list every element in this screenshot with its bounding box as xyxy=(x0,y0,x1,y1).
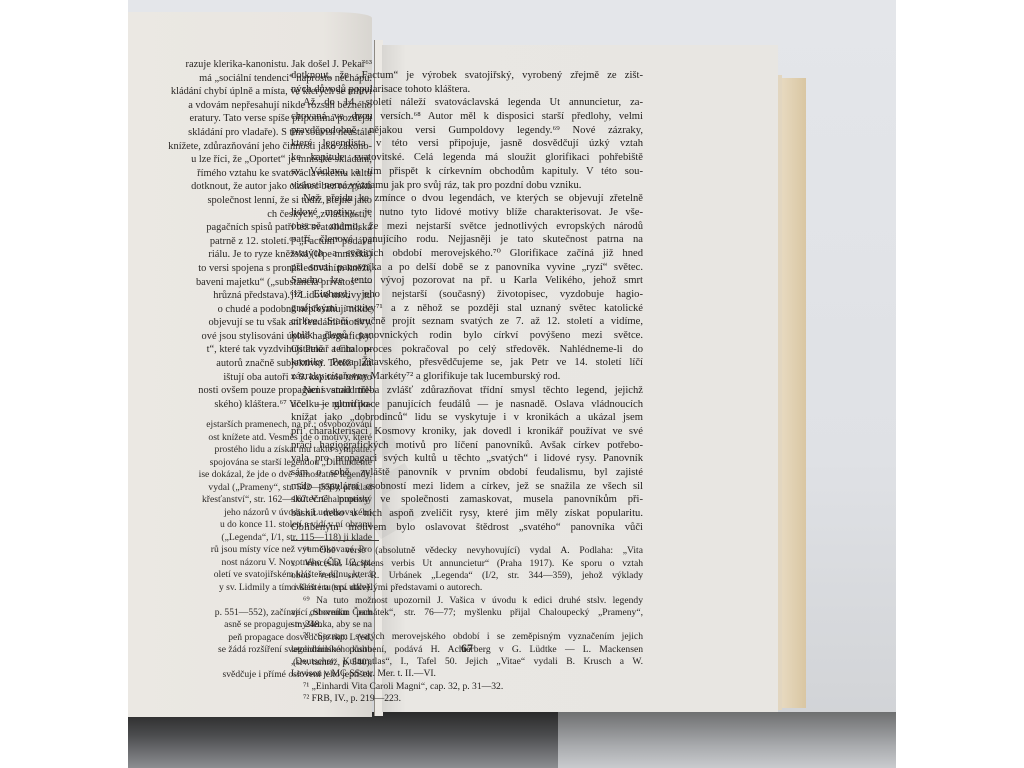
right-footnote-line: ⁷² FRB, IV., p. 219—223. xyxy=(291,693,643,705)
right-footnote-line: ⁶⁸ Obě verse (absolutně vědecky nevyhovu… xyxy=(291,545,643,557)
right-footnote-line: ⁶⁹ Na tuto možnost upozornil J. Vašica v… xyxy=(291,595,643,607)
right-body-line: grafickými motivy⁷¹ a z něhož se později… xyxy=(291,302,643,316)
right-footnote-line: ovšem i tu trpí utkvělými představami o … xyxy=(291,582,643,594)
right-body-line: patří členové panujícího rodu. Nejjasněj… xyxy=(291,233,643,247)
right-body-line: Než přejdu ke zmínce o dvou legendách, v… xyxy=(291,192,643,206)
right-body-line: chovaná ve dvou versích.⁶⁸ Autor měl k d… xyxy=(291,110,643,124)
right-body-line: pravděpodobně nějakou versi Gumpoldovy l… xyxy=(291,124,643,138)
right-page-text: dotknout, že „Factum“ je výrobek svatoji… xyxy=(291,69,643,705)
right-body-line: církve. Stačí stručně projít seznam svat… xyxy=(291,315,643,329)
right-footnote-line: s. Venceslai incipiens verbis Ut annunci… xyxy=(291,558,643,570)
page-number: 67 xyxy=(289,641,645,656)
right-body-line: obecně známo, že mezi nejstarší světce j… xyxy=(291,220,643,234)
right-body-line: Není snad třeba zvlášť zdůrazňovat třídn… xyxy=(291,384,643,398)
right-body-line: Ostatně tento proces pokračoval po celý … xyxy=(291,343,643,357)
right-body-line: sv. Václava, a tím přispět k církevním o… xyxy=(291,165,643,179)
right-body-line: skutečné protivy ve společnosti zamaskov… xyxy=(291,493,643,507)
right-body-line: básnit nebo u nich aspoň zveličit rysy, … xyxy=(291,507,643,521)
book-shadow-right xyxy=(558,712,896,768)
right-body-line: dotknout, že „Factum“ je výrobek svatoji… xyxy=(291,69,643,83)
right-footnote-line: ve „Sborníku památek“, str. 76—77; myšle… xyxy=(291,607,643,619)
right-body-line: málo populární osobností mezi lidem a cí… xyxy=(291,480,643,494)
book-cover-edge xyxy=(778,78,806,708)
right-body-line: svatých a světicích období merovejského.… xyxy=(291,247,643,261)
right-footnote-line: ⁷¹ „Einhardi Vita Caroli Magni“, cap. 32… xyxy=(291,681,643,693)
right-body-line: kroniky Petra Žitavského, přesvědčujeme … xyxy=(291,356,643,370)
right-body-line: ných důvodů popularisace tohoto kláštera… xyxy=(291,83,643,97)
right-footnote-line: Levison v MG SS rer. Mer. t. II.—VI. xyxy=(291,668,643,680)
right-body-line: ke kapitule svatovitské. Celá legenda má… xyxy=(291,151,643,165)
right-footnote-line: obou versí srv. R. Urbánek „Legenda“ (I/… xyxy=(291,570,643,582)
right-body-line: Oblíbeným motivem bylo oslavovat štědros… xyxy=(291,521,643,535)
footnote-divider xyxy=(291,540,379,541)
right-body-line: vala pro propagaci svých kultů u těchto … xyxy=(291,452,643,466)
right-body-line: při charakterisaci Kosmovy kroniky, jak … xyxy=(291,425,643,439)
right-body-line: lidové motivy, je nutno tyto lidové moti… xyxy=(291,206,643,220)
right-body-line: již Einhard, jeho nejstarší (současný) ž… xyxy=(291,288,643,302)
right-footnote-line: str. 248. xyxy=(291,619,643,631)
right-body-line: Snadno lze tento vývoj pozorovat na př. … xyxy=(291,274,643,288)
right-body-line: vislosti nemá významu jak pro svůj ráz, … xyxy=(291,179,643,193)
right-body-line: při smrti panovníka a po delší době se z… xyxy=(291,261,643,275)
right-body-line: které legendista v této versi připojuje,… xyxy=(291,137,643,151)
right-body-line: knížat jako „dobrodinců“ lidu se vyskytu… xyxy=(291,411,643,425)
right-body-line: sám o sobě, zvláště panovník v prvním ob… xyxy=(291,466,643,480)
right-body-line: účel — glorifikace panujících feudálů — … xyxy=(291,398,643,412)
right-body-line: kolik členů panovnických rodin bylo círk… xyxy=(291,329,643,343)
right-footnote-line: „Deutscher Kulturatlas“, I., Tafel 50. J… xyxy=(291,656,643,668)
right-body-line: práci hagiografických motivů pro líčení … xyxy=(291,439,643,453)
right-body-line: Až do 14. století náleží svatováclavská … xyxy=(291,96,643,110)
right-body-line: zázraky císařovny Markéty⁷² a glorifikuj… xyxy=(291,370,643,384)
